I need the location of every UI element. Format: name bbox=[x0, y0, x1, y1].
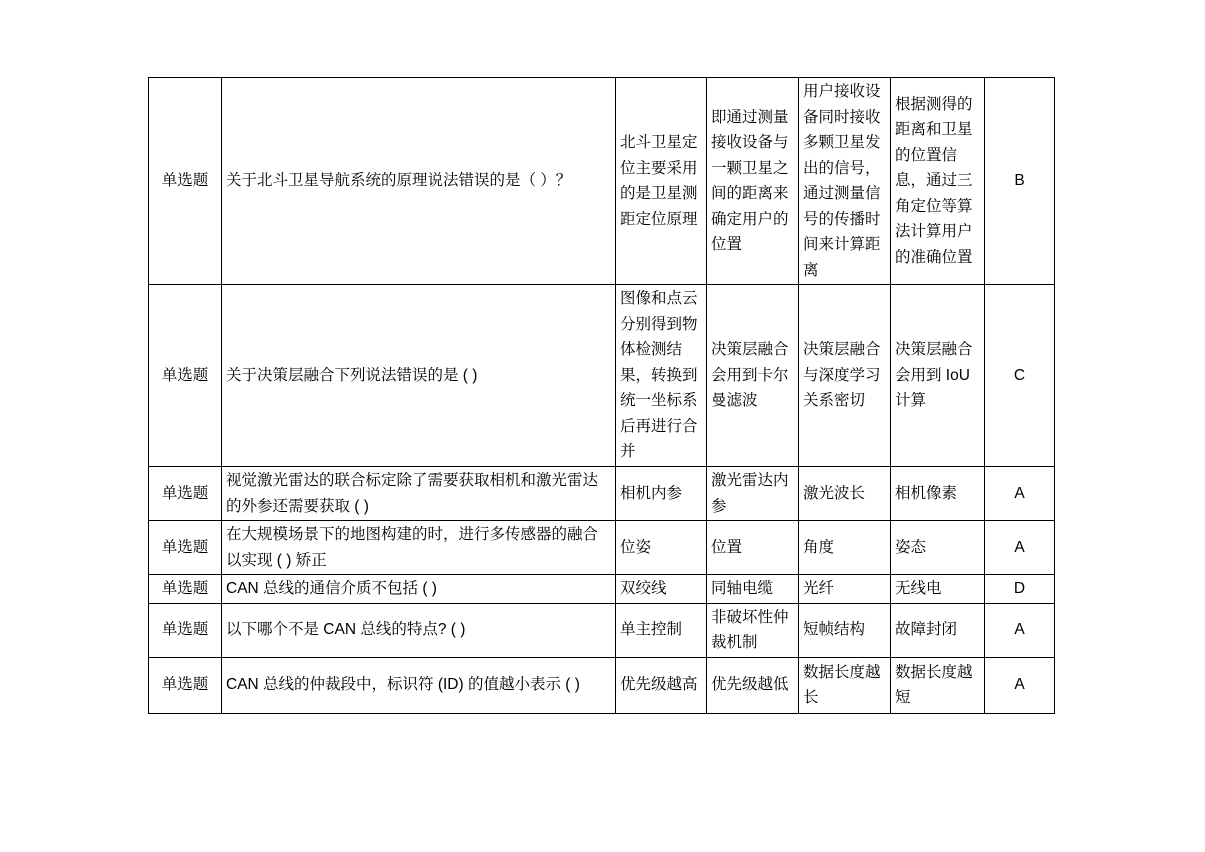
option-b-cell: 决策层融合会用到卡尔曼滤波 bbox=[707, 285, 799, 467]
option-a-cell: 位姿 bbox=[616, 521, 707, 575]
option-d-cell: 相机像素 bbox=[891, 467, 985, 521]
question-row: 单选题 视觉激光雷达的联合标定除了需要获取相机和激光雷达的外参还需要获取 ( )… bbox=[149, 467, 1055, 521]
answer-cell: A bbox=[985, 603, 1055, 657]
option-b-cell: 位置 bbox=[707, 521, 799, 575]
option-c-cell: 角度 bbox=[799, 521, 891, 575]
option-d-cell: 故障封闭 bbox=[891, 603, 985, 657]
question-row: 单选题 以下哪个不是 CAN 总线的特点? ( ) 单主控制 非破坏性仲裁机制 … bbox=[149, 603, 1055, 657]
question-type-cell: 单选题 bbox=[149, 657, 222, 713]
option-c-cell: 用户接收设备同时接收多颗卫星发出的信号，通过测量信号的传播时间来计算距离 bbox=[799, 78, 891, 285]
option-b-cell: 同轴电缆 bbox=[707, 575, 799, 604]
quiz-question-table: 单选题 关于北斗卫星导航系统的原理说法错误的是（ ）？ 北斗卫星定位主要采用的是… bbox=[148, 77, 1055, 714]
option-b-cell: 优先级越低 bbox=[707, 657, 799, 713]
question-type-cell: 单选题 bbox=[149, 575, 222, 604]
quiz-table-container: 单选题 关于北斗卫星导航系统的原理说法错误的是（ ）？ 北斗卫星定位主要采用的是… bbox=[148, 77, 1055, 714]
question-text-cell: CAN 总线的仲裁段中，标识符 (ID) 的值越小表示 ( ) bbox=[222, 657, 616, 713]
question-type-cell: 单选题 bbox=[149, 603, 222, 657]
option-a-cell: 相机内参 bbox=[616, 467, 707, 521]
option-a-cell: 图像和点云分别得到物体检测结果，转换到统一坐标系后再进行合并 bbox=[616, 285, 707, 467]
question-text-cell: CAN 总线的通信介质不包括 ( ) bbox=[222, 575, 616, 604]
question-row: 单选题 关于决策层融合下列说法错误的是 ( ) 图像和点云分别得到物体检测结果，… bbox=[149, 285, 1055, 467]
question-text-cell: 关于北斗卫星导航系统的原理说法错误的是（ ）？ bbox=[222, 78, 616, 285]
option-a-cell: 双绞线 bbox=[616, 575, 707, 604]
option-a-cell: 单主控制 bbox=[616, 603, 707, 657]
option-c-cell: 决策层融合与深度学习关系密切 bbox=[799, 285, 891, 467]
question-text-cell: 视觉激光雷达的联合标定除了需要获取相机和激光雷达的外参还需要获取 ( ) bbox=[222, 467, 616, 521]
question-text-cell: 在大规模场景下的地图构建的时，进行多传感器的融合以实现 ( ) 矫正 bbox=[222, 521, 616, 575]
option-b-cell: 激光雷达内参 bbox=[707, 467, 799, 521]
question-type-cell: 单选题 bbox=[149, 521, 222, 575]
option-d-cell: 决策层融合会用到 IoU 计算 bbox=[891, 285, 985, 467]
answer-cell: B bbox=[985, 78, 1055, 285]
answer-cell: A bbox=[985, 521, 1055, 575]
question-type-cell: 单选题 bbox=[149, 467, 222, 521]
question-text-cell: 以下哪个不是 CAN 总线的特点? ( ) bbox=[222, 603, 616, 657]
option-d-cell: 根据测得的距离和卫星的位置信息，通过三角定位等算法计算用户的准确位置 bbox=[891, 78, 985, 285]
answer-cell: A bbox=[985, 467, 1055, 521]
option-a-cell: 北斗卫星定位主要采用的是卫星测距定位原理 bbox=[616, 78, 707, 285]
option-c-cell: 光纤 bbox=[799, 575, 891, 604]
option-c-cell: 短帧结构 bbox=[799, 603, 891, 657]
answer-cell: A bbox=[985, 657, 1055, 713]
question-row: 单选题 CAN 总线的仲裁段中，标识符 (ID) 的值越小表示 ( ) 优先级越… bbox=[149, 657, 1055, 713]
question-type-cell: 单选题 bbox=[149, 285, 222, 467]
question-text-cell: 关于决策层融合下列说法错误的是 ( ) bbox=[222, 285, 616, 467]
question-type-cell: 单选题 bbox=[149, 78, 222, 285]
option-b-cell: 即通过测量接收设备与一颗卫星之间的距离来确定用户的位置 bbox=[707, 78, 799, 285]
question-row: 单选题 CAN 总线的通信介质不包括 ( ) 双绞线 同轴电缆 光纤 无线电 D bbox=[149, 575, 1055, 604]
option-d-cell: 无线电 bbox=[891, 575, 985, 604]
question-row: 单选题 在大规模场景下的地图构建的时，进行多传感器的融合以实现 ( ) 矫正 位… bbox=[149, 521, 1055, 575]
option-c-cell: 数据长度越长 bbox=[799, 657, 891, 713]
answer-cell: D bbox=[985, 575, 1055, 604]
option-d-cell: 数据长度越短 bbox=[891, 657, 985, 713]
answer-cell: C bbox=[985, 285, 1055, 467]
option-c-cell: 激光波长 bbox=[799, 467, 891, 521]
quiz-table-body: 单选题 关于北斗卫星导航系统的原理说法错误的是（ ）？ 北斗卫星定位主要采用的是… bbox=[149, 78, 1055, 714]
document-page: 单选题 关于北斗卫星导航系统的原理说法错误的是（ ）？ 北斗卫星定位主要采用的是… bbox=[0, 0, 1205, 852]
option-d-cell: 姿态 bbox=[891, 521, 985, 575]
question-row: 单选题 关于北斗卫星导航系统的原理说法错误的是（ ）？ 北斗卫星定位主要采用的是… bbox=[149, 78, 1055, 285]
option-b-cell: 非破坏性仲裁机制 bbox=[707, 603, 799, 657]
option-a-cell: 优先级越高 bbox=[616, 657, 707, 713]
